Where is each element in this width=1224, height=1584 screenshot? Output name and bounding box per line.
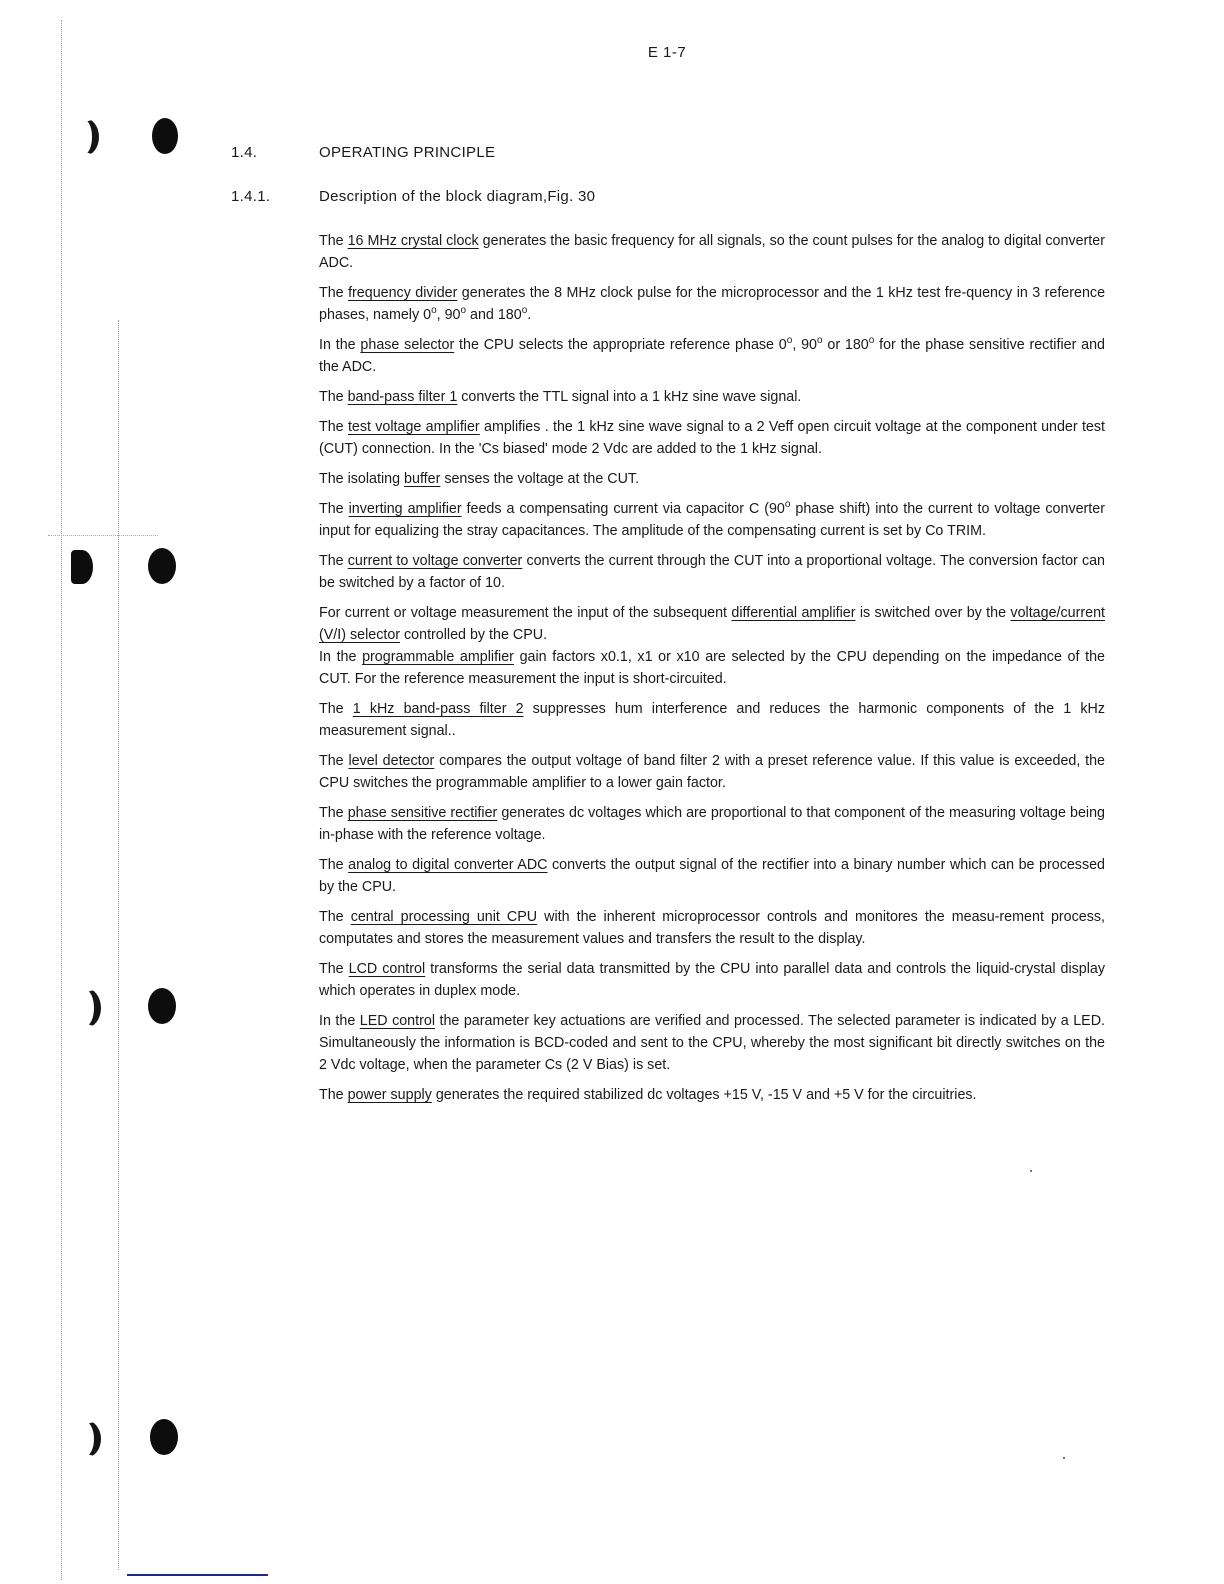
margin-dotted-line-left [61, 20, 62, 1580]
text: feeds a compensating current via capacit… [462, 501, 785, 517]
subsection-number: 1.4.1. [231, 188, 319, 205]
text: The [319, 419, 348, 435]
paragraph-phase-sensitive-rectifier: The phase sensitive rectifier generates … [319, 802, 1105, 846]
bottom-rule [127, 1574, 268, 1576]
term-differential-amplifier: differential amplifier [731, 605, 855, 621]
paragraph-adc: The analog to digital converter ADC conv… [319, 854, 1105, 898]
binder-hole-1 [152, 118, 178, 154]
paragraph-cpu: The central processing unit CPU with the… [319, 906, 1105, 950]
text: The [319, 501, 349, 517]
text: The [319, 233, 348, 249]
text: is switched over by the [856, 605, 1011, 621]
text: The [319, 285, 348, 301]
text: transforms the serial data transmitted b… [319, 961, 1105, 999]
text: The [319, 753, 348, 769]
text: generates the required stabilized dc vol… [432, 1087, 977, 1103]
margin-dotted-line-right [118, 320, 119, 1570]
text: The isolating [319, 471, 404, 487]
paragraph-crystal-clock: The 16 MHz crystal clock generates the b… [319, 230, 1105, 274]
text: senses the voltage at the CUT. [440, 471, 639, 487]
term-programmable-amplifier: programmable amplifier [362, 649, 514, 665]
subsection-heading: 1.4.1.Description of the block diagram,F… [231, 188, 595, 205]
text: The [319, 805, 348, 821]
text: and 180 [466, 307, 522, 323]
text: The [319, 857, 348, 873]
text: , 90 [792, 337, 817, 353]
section-heading: 1.4.OPERATING PRINCIPLE [231, 144, 495, 161]
text: the CPU selects the appropriate referenc… [454, 337, 787, 353]
term-crystal-clock: 16 MHz crystal clock [348, 233, 479, 249]
text: In the [319, 649, 362, 665]
text: or 180 [823, 337, 869, 353]
term-test-voltage-amplifier: test voltage amplifier [348, 419, 480, 435]
text: The [319, 1087, 348, 1103]
margin-dashed-mark [48, 535, 158, 536]
text: . [527, 307, 531, 323]
binder-hole-crescent-4 [70, 1420, 101, 1458]
text: , 90 [437, 307, 461, 323]
paragraph-level-detector: The level detector compares the output v… [319, 750, 1105, 794]
binder-hole-2 [148, 548, 176, 584]
term-power-supply: power supply [348, 1087, 432, 1103]
text: The [319, 701, 353, 717]
paragraph-led-control: In the LED control the parameter key act… [319, 1010, 1105, 1076]
body-text: The 16 MHz crystal clock generates the b… [319, 230, 1105, 1114]
term-lcd-control: LCD control [349, 961, 426, 977]
paragraph-inverting-amplifier: The inverting amplifier feeds a compensa… [319, 498, 1105, 542]
paragraph-lcd-control: The LCD control transforms the serial da… [319, 958, 1105, 1002]
paragraph-current-to-voltage-converter: The current to voltage converter convert… [319, 550, 1105, 594]
paragraph-phase-selector: In the phase selector the CPU selects th… [319, 334, 1105, 378]
paragraph-buffer: The isolating buffer senses the voltage … [319, 468, 1105, 490]
text: For current or voltage measurement the i… [319, 605, 731, 621]
text: The [319, 389, 348, 405]
binder-hole-crescent-1 [70, 118, 99, 156]
scan-speck [1030, 1170, 1032, 1172]
term-adc: analog to digital converter ADC [348, 857, 547, 873]
text: In the [319, 337, 360, 353]
term-inverting-amplifier: inverting amplifier [349, 501, 462, 517]
term-phase-sensitive-rectifier: phase sensitive rectifier [348, 805, 498, 821]
term-band-pass-filter-1: band-pass filter 1 [348, 389, 458, 405]
text: converts the TTL signal into a 1 kHz sin… [457, 389, 801, 405]
paragraph-programmable-amplifier: In the programmable amplifier gain facto… [319, 646, 1105, 690]
paragraph-power-supply: The power supply generates the required … [319, 1084, 1105, 1106]
section-number: 1.4. [231, 144, 319, 161]
term-buffer: buffer [404, 471, 440, 487]
binder-hole-3 [148, 988, 176, 1024]
binder-hole-crescent-2 [71, 550, 93, 584]
text: the parameter key actuations are verifie… [319, 1013, 1105, 1073]
term-led-control: LED control [360, 1013, 435, 1029]
paragraph-band-pass-filter-1: The band-pass filter 1 converts the TTL … [319, 386, 1105, 408]
subsection-title: Description of the block diagram,Fig. 30 [319, 188, 595, 205]
text: controlled by the CPU. [400, 627, 547, 643]
term-cpu: central processing unit CPU [351, 909, 537, 925]
term-current-to-voltage-converter: current to voltage converter [348, 553, 523, 569]
scan-speck [1063, 1457, 1065, 1459]
term-phase-selector: phase selector [360, 337, 454, 353]
binder-hole-4 [150, 1419, 178, 1455]
paragraph-differential-amplifier: For current or voltage measurement the i… [319, 602, 1105, 646]
page-number: E 1-7 [0, 44, 1224, 61]
section-title: OPERATING PRINCIPLE [319, 144, 495, 161]
term-level-detector: level detector [348, 753, 434, 769]
paragraph-test-voltage-amplifier: The test voltage amplifier amplifies . t… [319, 416, 1105, 460]
paragraph-band-pass-filter-2: The 1 kHz band-pass filter 2 suppresses … [319, 698, 1105, 742]
text: compares the output voltage of band filt… [319, 753, 1105, 791]
paragraph-frequency-divider: The frequency divider generates the 8 MH… [319, 282, 1105, 326]
term-band-pass-filter-2: 1 kHz band-pass filter 2 [353, 701, 524, 717]
text: In the [319, 1013, 360, 1029]
text: The [319, 961, 349, 977]
term-frequency-divider: frequency divider [348, 285, 457, 301]
binder-hole-crescent-3 [70, 988, 101, 1028]
text: The [319, 553, 348, 569]
text: The [319, 909, 351, 925]
